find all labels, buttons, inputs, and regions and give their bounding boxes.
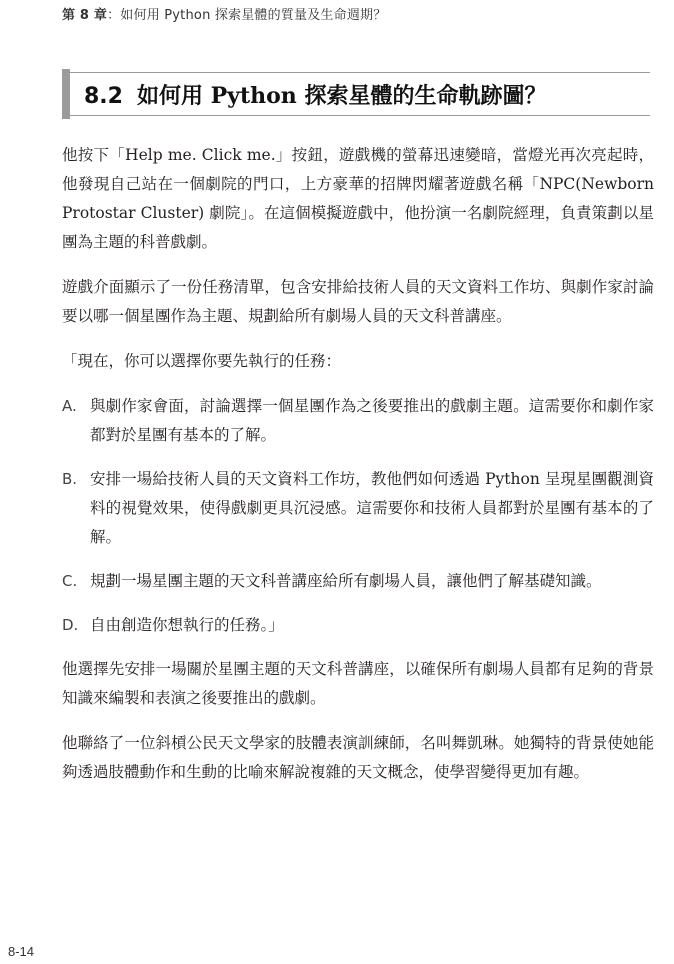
- section-heading: 8.2如何用 Python 探索星體的生命軌跡圖？: [62, 72, 650, 116]
- option-letter: D.: [62, 611, 78, 640]
- option-letter: A.: [62, 392, 77, 421]
- chapter-label: 第 8 章: [62, 8, 107, 23]
- task-option-d: D. 自由創造你想執行的任務。」: [62, 611, 654, 640]
- section-title-text: 如何用 Python 探索星體的生命軌跡圖？: [137, 83, 546, 109]
- body-content: 他按下「Help me. Click me.」按鈕，遊戲機的螢幕迅速變暗，當燈光…: [62, 141, 654, 803]
- task-option-b: B. 安排一場給技術人員的天文資料工作坊，教他們如何透過 Python 呈現星團…: [62, 465, 654, 552]
- paragraph: 遊戲介面顯示了一份任務清單，包含安排給技術人員的天文資料工作坊、與劇作家討論要以…: [62, 273, 654, 331]
- task-option-a: A. 與劇作家會面，討論選擇一個星團作為之後要推出的戲劇主題。這需要你和劇作家都…: [62, 392, 654, 450]
- option-text: 與劇作家會面，討論選擇一個星團作為之後要推出的戲劇主題。這需要你和劇作家都對於星…: [90, 397, 654, 444]
- page-number: 8-14: [8, 944, 34, 959]
- option-text: 規劃一場星團主題的天文科普講座給所有劇場人員，讓他們了解基礎知識。: [90, 572, 602, 590]
- section-number: 8.2: [84, 84, 123, 109]
- task-options-list: A. 與劇作家會面，討論選擇一個星團作為之後要推出的戲劇主題。這需要你和劇作家都…: [62, 392, 654, 640]
- paragraph: 他聯絡了一位斜槓公民天文學家的肢體表演訓練師，名叫舞凱琳。她獨特的背景使她能夠透…: [62, 729, 654, 787]
- task-option-c: C. 規劃一場星團主題的天文科普講座給所有劇場人員，讓他們了解基礎知識。: [62, 567, 654, 596]
- option-text: 安排一場給技術人員的天文資料工作坊，教他們如何透過 Python 呈現星團觀測資…: [90, 470, 654, 546]
- paragraph: 他選擇先安排一場關於星團主題的天文科普講座，以確保所有劇場人員都有足夠的背景知識…: [62, 655, 654, 713]
- option-text: 自由創造你想執行的任務。」: [90, 616, 284, 634]
- section-title: 8.2如何用 Python 探索星體的生命軌跡圖？: [84, 79, 546, 110]
- running-header: 第 8 章：如何用 Python 探索星體的質量及生命週期？: [62, 4, 386, 23]
- chapter-title: ：如何用 Python 探索星體的質量及生命週期？: [107, 8, 386, 23]
- option-letter: B.: [62, 465, 77, 494]
- paragraph: 「現在，你可以選擇你要先執行的任務：: [62, 347, 654, 376]
- section-heading-bar: [62, 69, 70, 119]
- paragraph: 他按下「Help me. Click me.」按鈕，遊戲機的螢幕迅速變暗，當燈光…: [62, 141, 654, 257]
- option-letter: C.: [62, 567, 77, 596]
